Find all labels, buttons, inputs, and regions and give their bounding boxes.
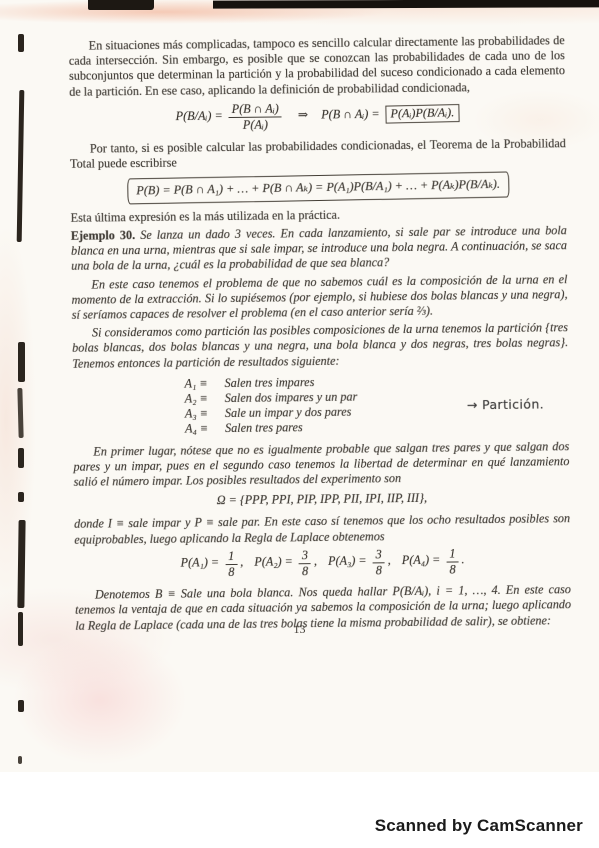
boxed-total-probability: P(B) = P(B ∩ A₁) + … + P(B ∩ Aₖ) = P(A₁)…: [127, 171, 509, 204]
partition-desc: Salen tres pares: [225, 421, 303, 437]
formula-lhs: P(B/Aᵢ) =: [176, 108, 223, 123]
total-probability-formula: P(B) = P(B ∩ A₁) + … + P(B ∩ Aₖ) = P(A₁)…: [70, 172, 566, 204]
probability-term: P(A₄) = 18.: [402, 552, 465, 567]
conditional-probability-formula: P(B/Aᵢ) = P(B ∩ Aᵢ) P(Aᵢ) ⇒ P(B ∩ Aᵢ) = …: [69, 99, 565, 135]
document-content: En situaciones más complicadas, tampoco …: [69, 33, 572, 636]
fraction: P(B ∩ Aᵢ) P(Aᵢ): [229, 102, 282, 133]
handwritten-partition-annotation: → Partición.: [467, 396, 544, 412]
practical-note-paragraph: Esta última expresión es la más utilizad…: [71, 205, 567, 226]
intro-paragraph: En situaciones más complicadas, tampoco …: [69, 33, 566, 99]
partition-composition-paragraph: Si consideramos como partición las posib…: [72, 320, 568, 371]
probability-lead: P(A₃) =: [328, 554, 367, 568]
probability-separator: .: [461, 552, 464, 566]
total-probability-intro-paragraph: Por tanto, si es posible calcular las pr…: [70, 136, 566, 172]
probability-lead: P(A₂) =: [254, 554, 293, 568]
fraction: 18: [225, 550, 237, 580]
scan-binding-mark: [17, 90, 25, 242]
fraction-denominator: 8: [373, 564, 385, 579]
scan-binding-mark: [18, 492, 24, 502]
camscanner-credit: Scanned by CamScanner: [375, 816, 583, 836]
scan-edge-artifact: [88, 0, 154, 10]
scan-binding-mark: [18, 448, 24, 468]
example-label: Ejemplo 30.: [71, 228, 135, 243]
scan-binding-mark: [18, 342, 25, 382]
fraction-numerator: P(B ∩ Aᵢ): [229, 102, 282, 118]
partition-term: A₁ ≡: [184, 376, 224, 392]
fraction-denominator: 8: [299, 565, 311, 580]
partition-list: A₁ ≡ Salen tres impares A₂ ≡ Salen dos i…: [184, 372, 569, 437]
partition-item: A₄ ≡ Salen tres pares: [185, 418, 569, 438]
scan-binding-mark: [18, 756, 22, 764]
scanned-page: En situaciones más complicadas, tampoco …: [0, 0, 599, 772]
fraction: 18: [446, 547, 458, 577]
probability-term: P(A₃) = 38,: [328, 553, 394, 568]
fraction-numerator: 1: [225, 550, 237, 566]
fraction-numerator: 3: [299, 549, 311, 565]
fraction-denominator: P(Aᵢ): [229, 118, 282, 133]
probability-lead: P(A₄) =: [402, 553, 441, 567]
example-statement: Se lanza un dado 3 veces. En cada lanzam…: [71, 223, 567, 273]
formula-mid: P(B ∩ Aᵢ) =: [321, 106, 379, 121]
fraction-numerator: 3: [373, 548, 385, 564]
implies-arrow: ⇒: [298, 107, 308, 121]
scan-edge-artifact: [213, 0, 599, 9]
probability-term: P(A₂) = 38,: [254, 554, 320, 569]
scan-binding-mark: [17, 520, 25, 608]
sample-space-formula: Ω = {PPP, PPI, PIP, IPP, PII, IPI, IIP, …: [74, 489, 570, 510]
partition-desc: Salen tres impares: [224, 375, 314, 391]
urn-problem-paragraph: En este caso tenemos el problema de que …: [71, 272, 567, 323]
probability-separator: ,: [388, 553, 391, 567]
scan-binding-mark: [18, 700, 24, 712]
laplace-paragraph: donde I ≡ sale impar y P ≡ sale par. En …: [74, 512, 570, 548]
page-number: 13: [0, 622, 599, 637]
fraction-denominator: 8: [225, 565, 237, 580]
scan-binding-mark: [17, 388, 23, 438]
partition-term: A₃ ≡: [185, 406, 225, 422]
example-30-paragraph: Ejemplo 30. Se lanza un dado 3 veces. En…: [71, 223, 567, 274]
probability-term: P(A₁) = 18,: [181, 555, 247, 570]
fraction: 38: [373, 548, 385, 578]
event-probabilities-formula: P(A₁) = 18, P(A₂) = 38, P(A₃) = 38, P(A₄…: [74, 546, 570, 582]
partition-term: A₄ ≡: [185, 421, 225, 437]
partition-term: A₂ ≡: [185, 391, 225, 407]
probability-separator: ,: [314, 554, 317, 568]
scan-binding-mark: [18, 34, 24, 52]
boxed-result: P(Aᵢ)P(B/Aᵢ).: [385, 104, 459, 124]
probability-lead: P(A₁) =: [181, 555, 220, 569]
probability-separator: ,: [240, 555, 243, 569]
fraction: 38: [299, 549, 311, 579]
fraction-numerator: 1: [446, 547, 458, 563]
fraction-denominator: 8: [446, 563, 458, 578]
partition-desc: Salen dos impares y un par: [225, 390, 358, 407]
partition-desc: Sale un impar y dos pares: [225, 405, 352, 422]
equiprobable-paragraph: En primer lugar, nótese que no es igualm…: [73, 439, 569, 490]
